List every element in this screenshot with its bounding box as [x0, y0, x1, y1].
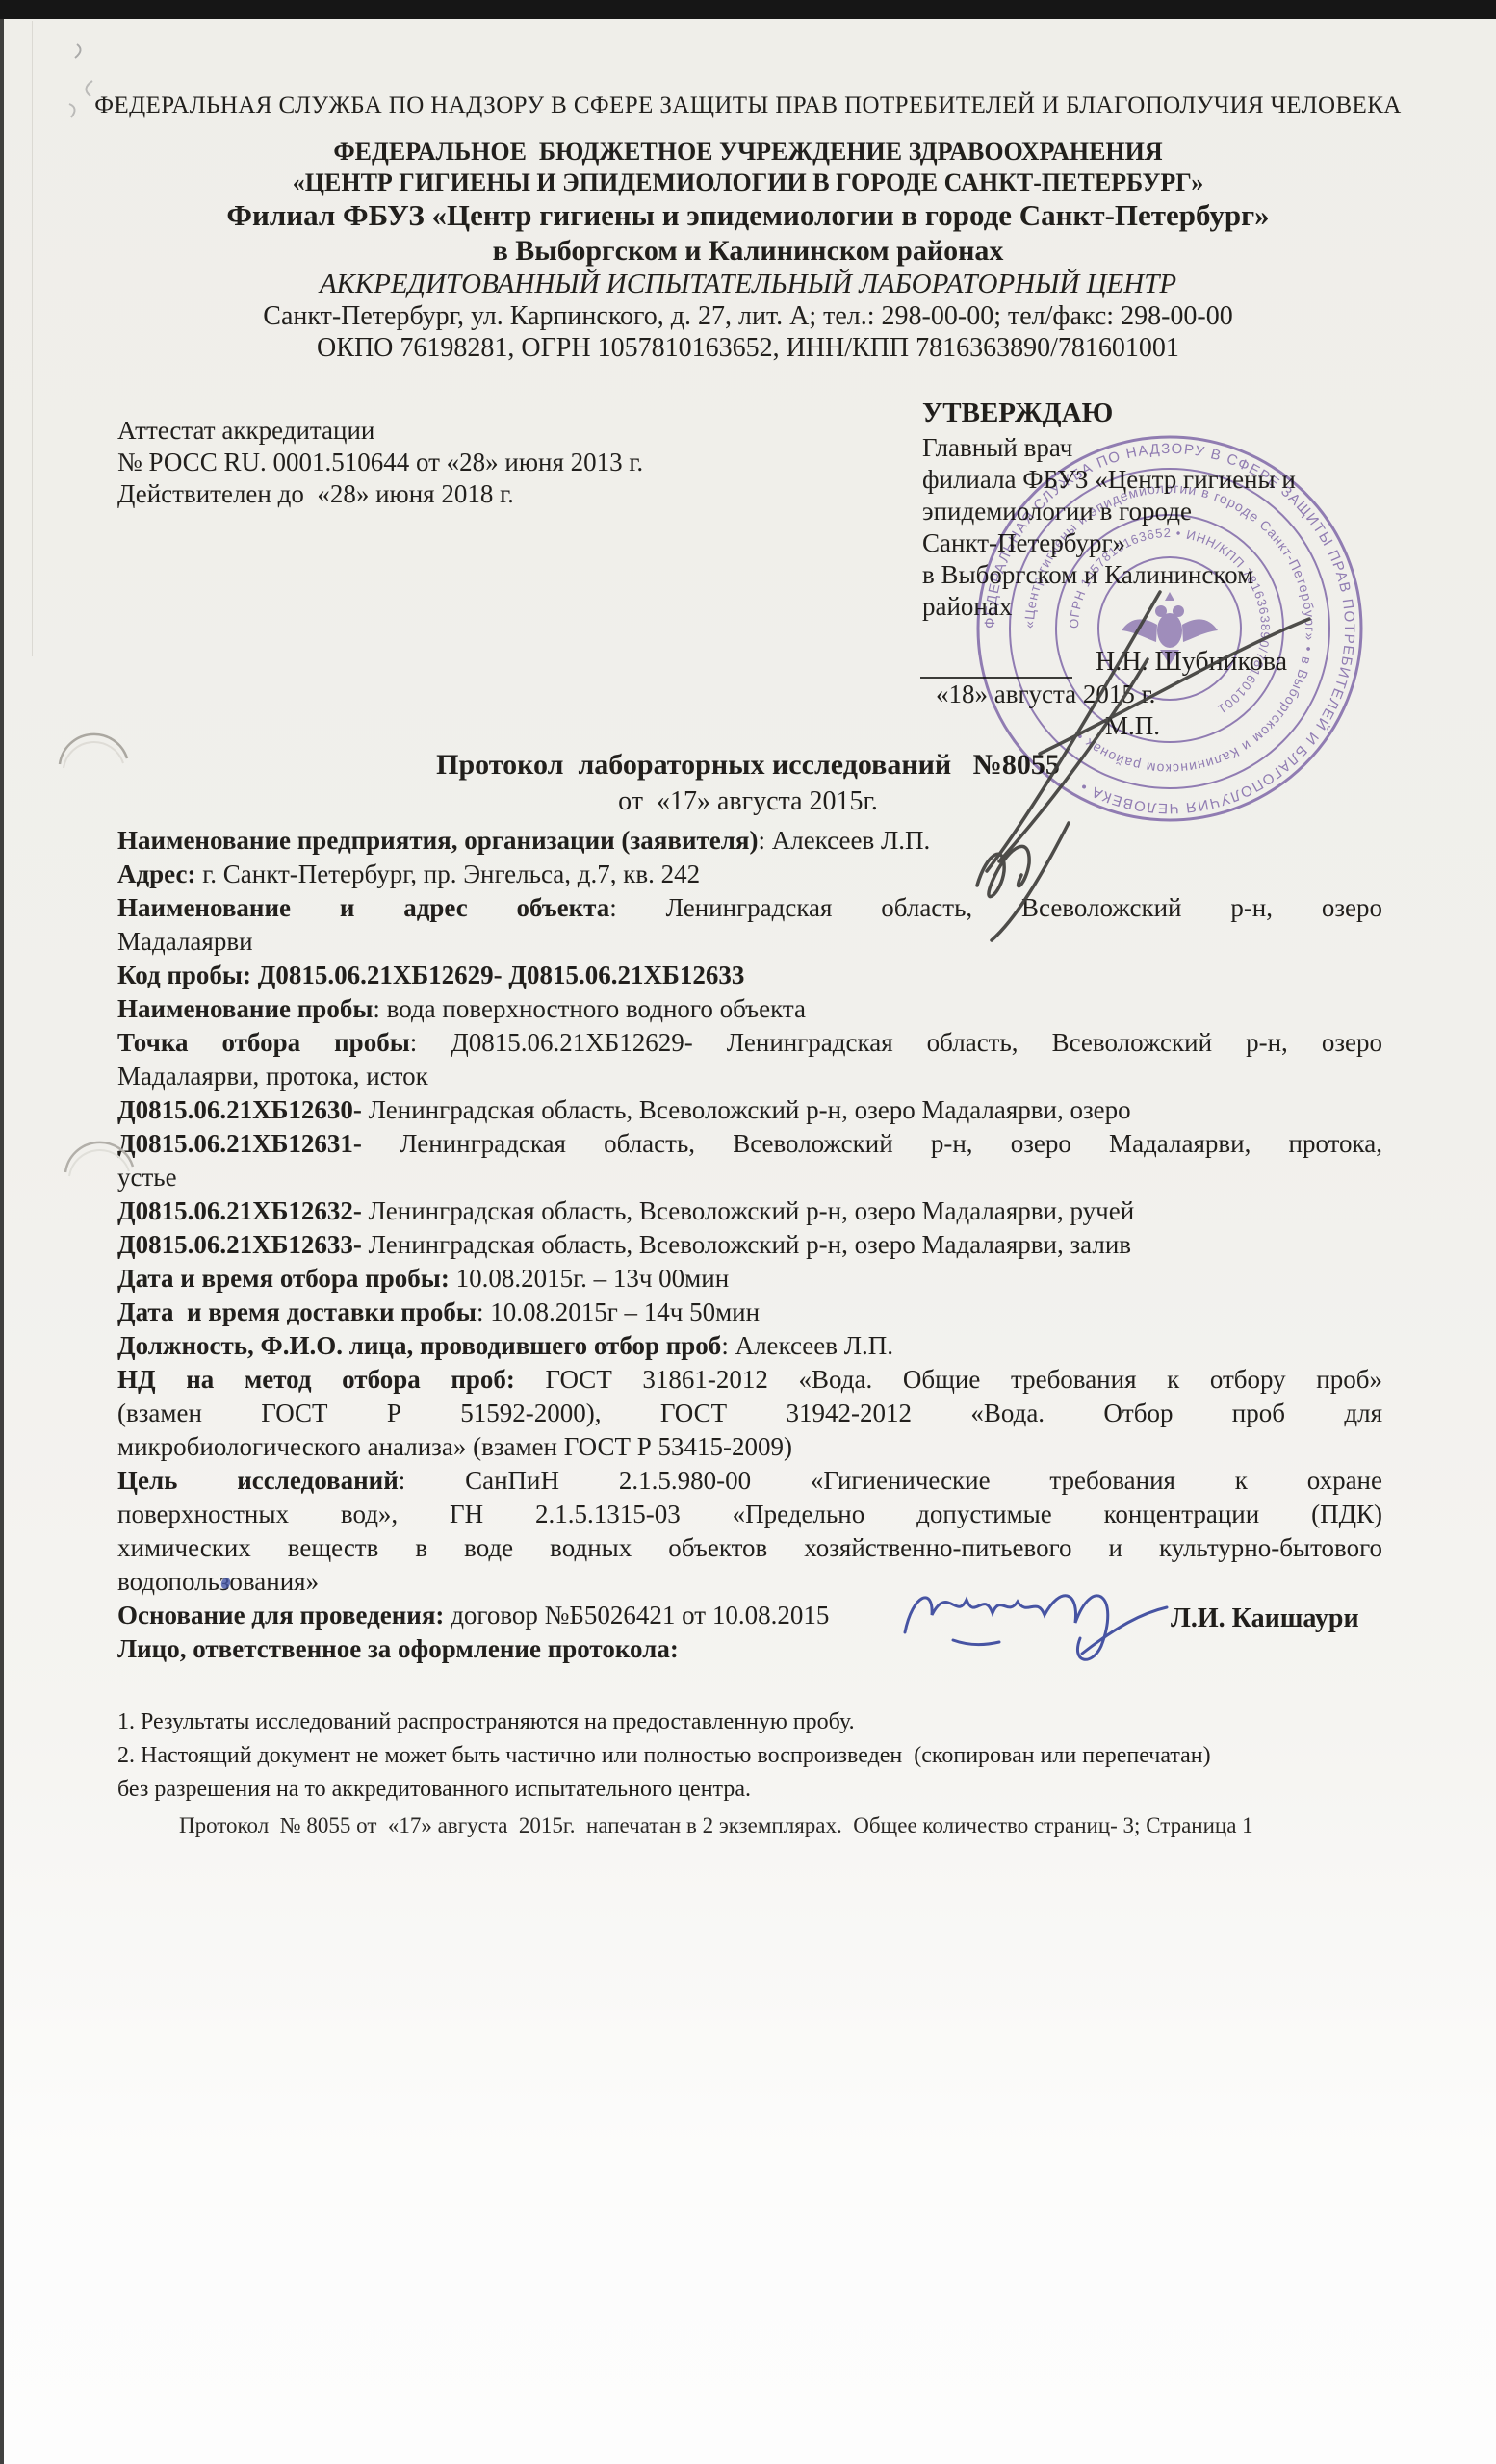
body-paragraph: Лицо, ответственное за оформление проток… [117, 1632, 1382, 1666]
body-line: устье [117, 1161, 1382, 1194]
punch-hole [56, 1116, 142, 1184]
scan-edge-top [0, 0, 1496, 19]
note-line: без разрешения на то аккредитованного ис… [117, 1773, 1398, 1807]
header-districts-line: в Выборгском и Калининском районах [0, 235, 1496, 267]
body-line: Должность, Ф.И.О. лица, проводившего отб… [117, 1329, 1382, 1363]
note-line: 2. Настоящий документ не может быть част… [117, 1739, 1398, 1773]
approver-signature-ink [924, 534, 1338, 948]
body-line: Д0815.06.21ХБ12632- Ленинградская област… [117, 1194, 1382, 1228]
body-line: Наименование пробы: вода поверхностного … [117, 992, 1382, 1026]
header-registry-codes-line: ОКПО 76198281, ОГРН 1057810163652, ИНН/К… [0, 334, 1496, 364]
body-line: Цель исследований: СанПиН 2.1.5.980-00 «… [117, 1464, 1382, 1498]
body-line: (взамен ГОСТ Р 51592-2000), ГОСТ 31942-2… [117, 1397, 1382, 1430]
body-line: НД на метод отбора проб: ГОСТ 31861-2012… [117, 1363, 1382, 1397]
body-line: Мадалаярви, протока, исток [117, 1060, 1382, 1093]
body-paragraphs: Наименование предприятия, организации (з… [117, 824, 1382, 1666]
approval-title: УТВЕРЖДАЮ [922, 398, 1113, 429]
body-paragraph: Д0815.06.21ХБ12632- Ленинградская област… [117, 1194, 1382, 1228]
body-paragraph: Дата и время отбора пробы: 10.08.2015г. … [117, 1262, 1382, 1296]
body-paragraph: Д0815.06.21ХБ12631- Ленинградская област… [117, 1127, 1382, 1194]
accreditation-title: Аттестат аккредитации [117, 416, 374, 446]
header-lab-center-line: АККРЕДИТОВАННЫЙ ИСПЫТАТЕЛЬНЫЙ ЛАБОРАТОРН… [0, 269, 1496, 300]
body-paragraph: Должность, Ф.И.О. лица, проводившего отб… [117, 1329, 1382, 1363]
body-paragraph: Дата и время доставки пробы: 10.08.2015г… [117, 1296, 1382, 1329]
body-line: Код пробы: Д0815.06.21ХБ12629- Д0815.06.… [117, 959, 1382, 992]
header-agency-line: ФЕДЕРАЛЬНАЯ СЛУЖБА ПО НАДЗОРУ В СФЕРЕ ЗА… [0, 92, 1496, 119]
header-address-line: Санкт-Петербург, ул. Карпинского, д. 27,… [0, 302, 1496, 332]
body-line: микробиологического анализа» (взамен ГОС… [117, 1430, 1382, 1464]
body-paragraph: НД на метод отбора проб: ГОСТ 31861-2012… [117, 1363, 1382, 1464]
header-org-type-line: ФЕДЕРАЛЬНОЕ БЮДЖЕТНОЕ УЧРЕЖДЕНИЕ ЗДРАВОО… [0, 139, 1496, 167]
body-paragraph: Наименование пробы: вода поверхностного … [117, 992, 1382, 1026]
body-line: водопользования» [117, 1565, 1382, 1599]
responsible-name: Л.И. Каишаури [1171, 1604, 1359, 1634]
pen-scribble-marks [60, 37, 117, 142]
body-paragraph: Код пробы: Д0815.06.21ХБ12629- Д0815.06.… [117, 959, 1382, 992]
header-branch-line: Филиал ФБУЗ «Центр гигиены и эпидемиолог… [0, 199, 1496, 232]
responsible-signature-ink [893, 1557, 1182, 1678]
header-org-name-line: «ЦЕНТР ГИГИЕНЫ И ЭПИДЕМИОЛОГИИ В ГОРОДЕ … [0, 169, 1496, 197]
scan-edge-left [0, 19, 4, 2464]
notes: 1. Результаты исследований распространяю… [117, 1706, 1398, 1807]
note-line: 1. Результаты исследований распространяю… [117, 1706, 1398, 1739]
body-line: Лицо, ответственное за оформление проток… [117, 1632, 1382, 1666]
body-line: Д0815.06.21ХБ12633- Ленинградская област… [117, 1228, 1382, 1262]
accreditation-number: № РОСС RU. 0001.510644 от «28» июня 2013… [117, 448, 643, 477]
body-paragraph: Цель исследований: СанПиН 2.1.5.980-00 «… [117, 1464, 1382, 1599]
body-line: Точка отбора пробы: Д0815.06.21ХБ12629- … [117, 1026, 1382, 1060]
punch-hole [50, 710, 137, 778]
body-line: Д0815.06.21ХБ12630- Ленинградская област… [117, 1093, 1382, 1127]
body-paragraph: Точка отбора пробы: Д0815.06.21ХБ12629- … [117, 1026, 1382, 1093]
scanned-protocol-page: ФЕДЕРАЛЬНАЯ СЛУЖБА ПО НАДЗОРУ В СФЕРЕ ЗА… [0, 0, 1496, 2464]
body-paragraph: Д0815.06.21ХБ12633- Ленинградская област… [117, 1228, 1382, 1262]
footer-protocol-summary: Протокол № 8055 от «17» августа 2015г. н… [179, 1813, 1253, 1838]
body-line: Дата и время доставки пробы: 10.08.2015г… [117, 1296, 1382, 1329]
body-line: поверхностных вод», ГН 2.1.5.1315-03 «Пр… [117, 1498, 1382, 1531]
body-line: Д0815.06.21ХБ12631- Ленинградская област… [117, 1127, 1382, 1161]
body-paragraph: Д0815.06.21ХБ12630- Ленинградская област… [117, 1093, 1382, 1127]
accreditation-valid-until: Действителен до «28» июня 2018 г. [117, 479, 514, 509]
body-line: Дата и время отбора пробы: 10.08.2015г. … [117, 1262, 1382, 1296]
body-line: химических веществ в воде водных объекто… [117, 1531, 1382, 1565]
